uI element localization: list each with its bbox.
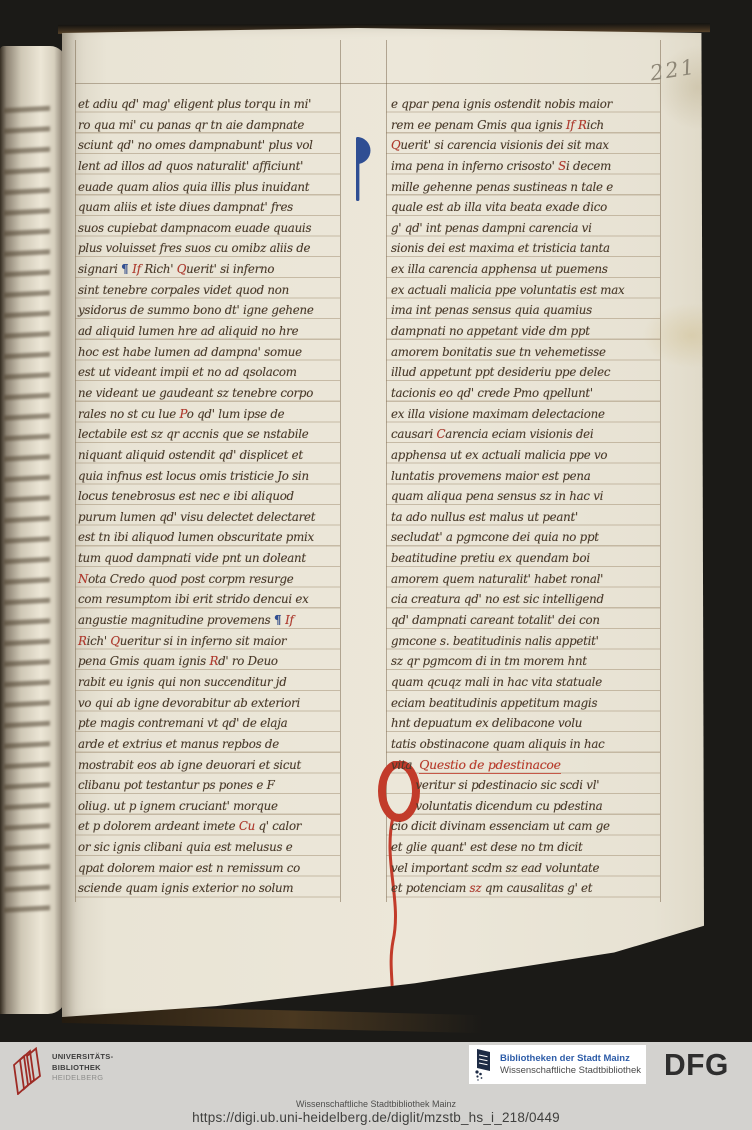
ruling-vertical-line xyxy=(340,40,341,902)
manuscript-photo: 221 et adiu qd' mag' eligent plus torqu … xyxy=(0,0,752,1042)
book-icon xyxy=(474,1047,494,1082)
manuscript-text-line: ysidorus de summo bono dt' igne gehene xyxy=(78,300,340,321)
manuscript-text-line: mille gehenne penas sustineas n tale e xyxy=(391,177,663,198)
manuscript-text-line: quam qcuqz mali in hac vita statuale xyxy=(391,672,663,693)
manuscript-text-line: et adiu qd' mag' eligent plus torqu in m… xyxy=(78,94,340,115)
manuscript-text-line: e qpar pena ignis ostendit nobis maior xyxy=(391,94,663,115)
manuscript-text-line: secludat' a pgmcone dei quia no ppt xyxy=(391,527,663,548)
manuscript-text-line: ta ado nullus est malus ut peant' xyxy=(391,507,663,528)
manuscript-text-line: pte magis contremani vt qd' de elaja xyxy=(78,713,340,734)
manuscript-text-line: dampnati no appetant vide dm ppt xyxy=(391,321,663,342)
footer-url: https://digi.ub.uni-heidelberg.de/diglit… xyxy=(0,1110,752,1125)
manuscript-text-line: tum quod dampnati vide pnt un doleant xyxy=(78,548,340,569)
manuscript-text-line: apphensa ut ex actuali malicia ppe vo xyxy=(391,445,663,466)
manuscript-text-line: com resumptom ibi erit strido dencui ex xyxy=(78,589,340,610)
manuscript-text-line: purum lumen qd' visu delectet delectaret xyxy=(78,507,340,528)
footer-caption: Wissenschaftliche Stadtbibliothek Mainz xyxy=(0,1099,752,1109)
folio-number: 221 xyxy=(648,55,697,86)
dfg-logo: DFG xyxy=(664,1049,729,1084)
manuscript-text-line: sciende quam ignis exterior no solum xyxy=(78,878,340,899)
manuscript-text-line: hnt depuatum ex delibacone volu xyxy=(391,713,663,734)
manuscript-text-line: lent ad illos ad quos naturalit' afficiu… xyxy=(78,156,340,177)
manuscript-text-line: quam aliis et iste diues dampnat' fres xyxy=(78,197,340,218)
manuscript-text-line: et potenciam sz qm causalitas g' et xyxy=(391,878,663,899)
heidelberg-logo: UNIVERSITÄTS- BIBLIOTHEK HEIDELBERG xyxy=(12,1047,113,1095)
manuscript-text-line: g' qd' int penas dampni carencia vi xyxy=(391,218,663,239)
manuscript-text-line: ne videant ue gaudeant sz tenebre corpo xyxy=(78,383,340,404)
manuscript-text-line: pena Gmis quam ignis Rd' ro Deuo xyxy=(78,651,340,672)
mainz-logo: Bibliotheken der Stadt Mainz Wissenschaf… xyxy=(469,1045,646,1084)
manuscript-text-line: qd' dampnati careant totalit' dei con xyxy=(391,610,663,631)
manuscript-text-line: gmcone s. beatitudinis nalis appetit' xyxy=(391,631,663,652)
manuscript-text-line: causari Carencia eciam visionis dei xyxy=(391,424,663,445)
manuscript-text-line: sint tenebre corpales videt quod non xyxy=(78,280,340,301)
heidelberg-line2: BIBLIOTHEK xyxy=(52,1063,113,1074)
manuscript-text-line: ex actuali malicia ppe voluntatis est ma… xyxy=(391,280,663,301)
manuscript-text-line: qpat dolorem maior est n remissum co xyxy=(78,858,340,879)
manuscript-text-line: angustie magnitudine provemens ¶ If xyxy=(78,610,340,631)
manuscript-text-line: beatitudine pretiu ex quendam boi xyxy=(391,548,663,569)
manuscript-text-line: et glie quant' est dese no tm dicit xyxy=(391,837,663,858)
manuscript-text-line: eciam beatitudinis appetitum magis xyxy=(391,693,663,714)
manuscript-text-line: Rich' Queritur si in inferno sit maior xyxy=(78,631,340,652)
footer-bar: UNIVERSITÄTS- BIBLIOTHEK HEIDELBERG Bibl… xyxy=(0,1042,752,1130)
manuscript-text-line: ima int penas sensus quia quamius xyxy=(391,300,663,321)
manuscript-text-line: vo qui ab igne devorabitur ab exteriori xyxy=(78,693,340,714)
manuscript-text-line: vel important scdm sz ead voluntate xyxy=(391,858,663,879)
manuscript-text-line: est tn ibi aliquod lumen obscuritate pmi… xyxy=(78,527,340,548)
manuscript-text-line: Querit' si carencia visionis dei sit max xyxy=(391,135,663,156)
manuscript-text-line: voluntatis dicendum cu pdestina xyxy=(391,796,663,817)
manuscript-text-line: amorem quem naturalit' habet ronal' xyxy=(391,569,663,590)
manuscript-text-line: ad aliquid lumen hre ad aliquid no hre xyxy=(78,321,340,342)
manuscript-text-line: cia creatura qd' no est sic intelligend xyxy=(391,589,663,610)
manuscript-text-line: tatis obstinacone quam aliquis in hac xyxy=(391,734,663,755)
manuscript-page: 221 et adiu qd' mag' eligent plus torqu … xyxy=(62,28,704,1020)
manuscript-text-line: euade quam alios quia illis plus inuidan… xyxy=(78,177,340,198)
mainz-line2: Wissenschaftliche Stadtbibliothek xyxy=(500,1065,641,1077)
manuscript-text-line: clibanu pot testantur ps pones e F xyxy=(78,775,340,796)
facing-page-edge xyxy=(0,46,66,1014)
manuscript-text-line: ro qua mi' cu panas qr tn aie dampnate xyxy=(78,115,340,136)
manuscript-text-line: oliug. ut p ignem cruciant' morque xyxy=(78,796,340,817)
mainz-logo-text: Bibliotheken der Stadt Mainz Wissenschaf… xyxy=(500,1053,641,1077)
manuscript-text-line: quia infnus est locus omis tristicie Jo … xyxy=(78,466,340,487)
manuscript-text-line: ex illa visione maximam delectacione xyxy=(391,404,663,425)
capitulum-pilcrow-icon xyxy=(352,135,374,207)
manuscript-text-line: niquant aliquid ostendit qd' displicet e… xyxy=(78,445,340,466)
manuscript-text-line: et p dolorem ardeant imete Cu q' calor xyxy=(78,816,340,837)
manuscript-text-line: sciunt qd' no omes dampnabunt' plus vol xyxy=(78,135,340,156)
manuscript-text-line: illud appetunt ppt desideriu ppe delec xyxy=(391,362,663,383)
manuscript-text-line: tacionis eo qd' crede Pmo qpellunt' xyxy=(391,383,663,404)
manuscript-text-line: Nota Credo quod post corpm resurge xyxy=(78,569,340,590)
manuscript-text-line: veritur si pdestinacio sic scdi vl' xyxy=(391,775,663,796)
manuscript-text-line: rales no st cu lue Po qd' lum ipse de xyxy=(78,404,340,425)
text-column-right: e qpar pena ignis ostendit nobis maiorre… xyxy=(391,94,663,899)
text-column-left: et adiu qd' mag' eligent plus torqu in m… xyxy=(78,94,340,899)
ruling-horizontal-line xyxy=(75,83,660,84)
manuscript-text-line: sz qr pgmcom di in tm morem hnt xyxy=(391,651,663,672)
manuscript-text-line: quam aliqua pena sensus sz in hac vi xyxy=(391,486,663,507)
manuscript-text-line: ima pena in inferno crisosto' Si decem xyxy=(391,156,663,177)
manuscript-text-line: locus tenebrosus est nec e ibi aliquod xyxy=(78,486,340,507)
manuscript-text-line: plus voluisset fres suos cu omibz aliis … xyxy=(78,238,340,259)
manuscript-text-line: signari ¶ If Rich' Querit' si inferno xyxy=(78,259,340,280)
manuscript-text-line: luntatis provemens maior est pena xyxy=(391,466,663,487)
heidelberg-line1: UNIVERSITÄTS- xyxy=(52,1052,113,1063)
manuscript-text-line: amorem bonitatis sue tn vehemetisse xyxy=(391,342,663,363)
manuscript-text-line: or sic ignis clibani quia est melusus e xyxy=(78,837,340,858)
heidelberg-line3: HEIDELBERG xyxy=(52,1073,113,1084)
manuscript-text-line: vita Questio de pdestinacoe xyxy=(391,755,663,776)
manuscript-text-line: hoc est habe lumen ad dampna' somue xyxy=(78,342,340,363)
manuscript-text-line: quale est ab illa vita beata exade dico xyxy=(391,197,663,218)
manuscript-text-line: cio dicit divinam essenciam ut cam ge xyxy=(391,816,663,837)
manuscript-text-line: est ut videant impii et no ad qsolacom xyxy=(78,362,340,383)
heidelberg-logo-text: UNIVERSITÄTS- BIBLIOTHEK HEIDELBERG xyxy=(52,1052,113,1084)
manuscript-text-line: rabit eu ignis qui non succenditur jd xyxy=(78,672,340,693)
manuscript-text-line: sionis dei est maxima et tristicia tanta xyxy=(391,238,663,259)
manuscript-text-line: lectabile est sz qr accnis que se nstabi… xyxy=(78,424,340,445)
manuscript-text-line: ex illa carencia apphensa ut puemens xyxy=(391,259,663,280)
heidelberg-logo-icon xyxy=(12,1047,44,1095)
manuscript-text-line: suos cupiebat dampnacom euade quauis xyxy=(78,218,340,239)
manuscript-text-line: rem ee penam Gmis qua ignis If Rich xyxy=(391,115,663,136)
mainz-line1: Bibliotheken der Stadt Mainz xyxy=(500,1053,641,1065)
manuscript-text-line: arde et extrius et manus repbos de xyxy=(78,734,340,755)
manuscript-text-line: mostrabit eos ab igne deuorari et sicut xyxy=(78,755,340,776)
